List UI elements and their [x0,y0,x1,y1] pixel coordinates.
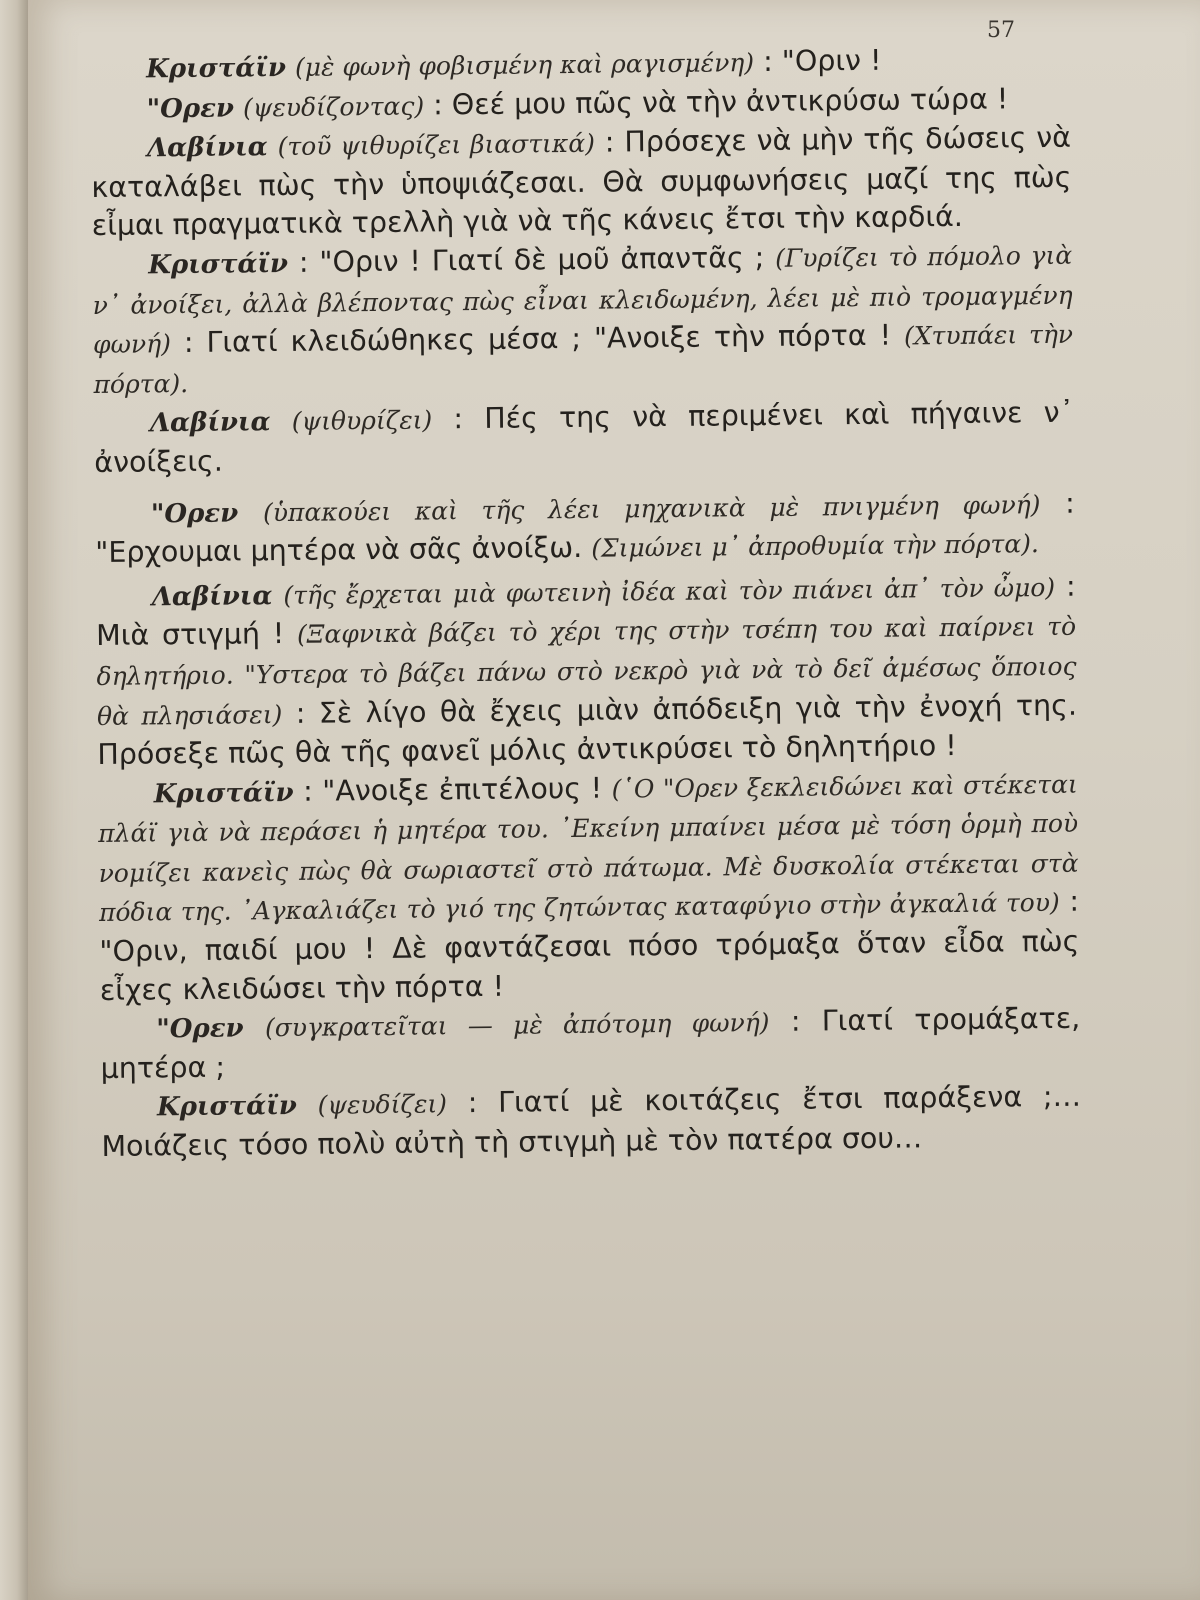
speaker-name: Κριστάϊν [146,53,286,84]
previous-page-edge [0,0,28,1600]
dialogue-speech: : Γιατί κλειδώθηκες μέσα ; "Ανοιξε τὴν π… [184,319,891,359]
page-number: 57 [987,18,1015,43]
speaker-name: Λαβίνια [152,581,273,612]
speaker-name: "Ορεν [146,93,234,124]
stage-direction: (συγκρατεῖται — μὲ ἀπότομη φωνή) [265,1008,770,1042]
stage-direction: (μὲ φωνὴ φοβισμένη καὶ ραγισμένη) [295,48,754,82]
speaker-name: Κριστάϊν [157,1091,297,1122]
stage-direction: (τοῦ ψιθυρίζει βιαστικά) [277,129,595,161]
dialogue-speech: : "Οριν ! [763,44,882,78]
stage-direction: (Σιμώνει μ᾿ ἀπροθυμία τὴν πόρτα). [591,529,1039,563]
speaker-name: Κριστάϊν [154,778,294,809]
dialogue-paragraph: "Ορεν (ὑπακούει καὶ τῆς λέει μηχανικὰ μὲ… [95,484,1076,573]
stage-direction: (ψευδίζει) [317,1090,447,1120]
book-photo: 57 Κριστάϊν (μὲ φωνὴ φοβισμένη καὶ ραγισ… [0,0,1200,1600]
book-page: 57 Κριστάϊν (μὲ φωνὴ φοβισμένη καὶ ραγισ… [28,0,1200,1600]
dialogue-paragraph: Λαβίνια (τῆς ἔρχεται μιὰ φωτεινὴ ἰδέα κα… [96,567,1078,774]
dialogue-speech: : Θεέ μου πῶς νὰ τὴν ἀντικρύσω τώρα ! [433,82,1008,121]
stage-direction: (ψευδίζοντας) [243,91,424,122]
dialogue-paragraph: Κριστάϊν : "Ανοιξε ἐπιτέλους ! (῾Ο "Ορεν… [98,764,1080,1010]
stage-direction: (ψιθυρίζει) [292,406,433,436]
stage-direction: (τῆς ἔρχεται μιὰ φωτεινὴ ἰδέα καὶ τὸν πι… [283,573,1055,610]
dialogue-speech: : "Ανοιξε ἐπιτέλους ! [303,771,602,807]
speaker-name: "Ορεν [151,498,239,529]
dialogue-paragraph: Λαβίνια (τοῦ ψιθυρίζει βιαστικά) : Πρόσε… [91,119,1072,246]
speaker-name: Κριστάϊν [148,249,288,280]
dialogue-speech: : "Οριν ! Γιατί δὲ μοῦ ἀπαντᾶς ; [299,241,765,279]
dialogue-paragraph: Λαβίνια (ψιθυρίζει) : Πές της νὰ περιμέν… [94,394,1075,482]
stage-direction: (ὑπακούει καὶ τῆς λέει μηχανικὰ μὲ πνιγμ… [263,490,1041,527]
dialogue-paragraph: Κριστάϊν (ψευδίζει) : Γιατί μὲ κοιτάζεις… [101,1078,1082,1166]
play-script-text: Κριστάϊν (μὲ φωνὴ φοβισμένη καὶ ραγισμέν… [90,40,1082,1167]
dialogue-paragraph: Κριστάϊν : "Οριν ! Γιατί δὲ μοῦ ἀπαντᾶς … [92,236,1074,405]
speaker-name: Λαβίνια [147,132,268,163]
dialogue-paragraph: "Ορεν (συγκρατεῖται — μὲ ἀπότομη φωνή) :… [100,1000,1081,1088]
speaker-name: "Ορεν [156,1014,244,1045]
speaker-name: Λαβίνια [150,407,271,438]
